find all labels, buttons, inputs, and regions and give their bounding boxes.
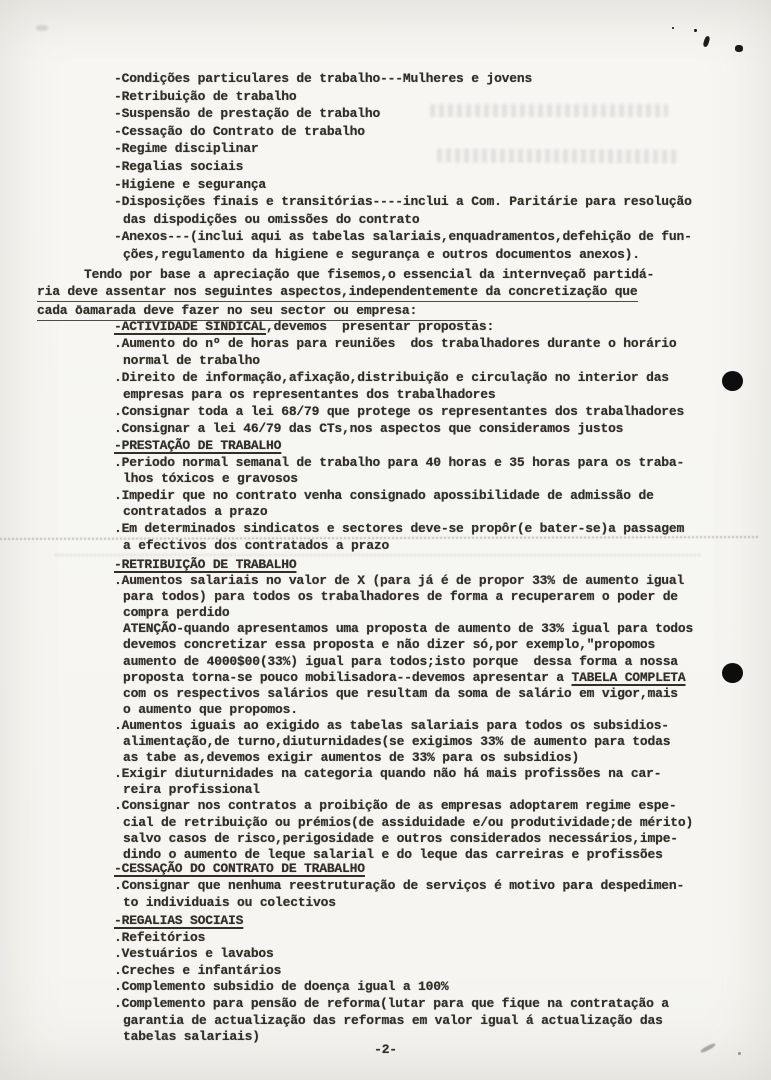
bullet-continuation: garantia de actualização das reformas em… (114, 1013, 669, 1030)
attention-note-line: ATENÇÃO-quando apresentamos uma proposta… (114, 621, 693, 637)
ink-speck (702, 35, 710, 47)
bullet-line: .Consignar a lei 46/79 das CTs,nos aspec… (114, 420, 684, 437)
smear-line (55, 554, 700, 556)
bullet-line: .Em determinados sindicatos e sectores d… (114, 521, 684, 538)
bullet-line: .Complemento para pensão de reforma(luta… (114, 996, 669, 1013)
heading-underlined-text: -RETRIBUIÇÃO DE TRABALHO (114, 557, 296, 572)
ink-speck (694, 29, 697, 32)
bullet-continuation: a efectivos dos contratados a prazo (114, 538, 684, 555)
list-item: -Retribuição de trabalho (114, 88, 692, 106)
bullet-line: .Aumentos salariais no valor de X (para … (114, 573, 693, 589)
heading-underlined-text: -PRESTAÇÃO DE TRABALHO (114, 438, 281, 453)
attention-note-line: com os respectivos salários que resultam… (114, 686, 693, 702)
section-retribuicao-de-trabalho: -RETRIBUIÇÃO DE TRABALHO .Aumentos salar… (114, 557, 693, 863)
bullet-line: .Exigir diuturnidades na categoria quand… (114, 766, 693, 782)
bullet-continuation: para todos) para todos os trabalhadores … (114, 589, 693, 605)
bullet-continuation: lhos tóxicos e gravosos (114, 471, 684, 488)
scanned-document-page: { "top_list": { "lines": [ "-Condições p… (0, 0, 771, 1080)
bullet-line: .Aumento do nº de horas para reuniões do… (114, 335, 684, 352)
bullet-continuation: cial de retribuição ou prémios(de assidu… (114, 815, 693, 831)
bullet-continuation: empresas para os representantes dos trab… (114, 386, 684, 403)
section-actividade-sindical: -ACTIVIDADE SINDICAL,devemos presentar p… (114, 318, 684, 437)
punch-hole-mark (722, 663, 743, 683)
bullet-line: .Aumentos iguais ao exigido as tabelas s… (114, 718, 693, 734)
heading-rest-text: ,devemos presentar propostas: (266, 319, 494, 334)
section-cessacao-do-contrato: -CESSAÇÃO DO CONTRATO DE TRABALHO .Consi… (114, 860, 684, 911)
bullet-continuation: as tabe as,devemos exigir aumentos de 33… (114, 750, 693, 766)
heading-underlined-text: -CESSAÇÃO DO CONTRATO DE TRABALHO (114, 861, 365, 876)
list-item: -Regalias sociais (114, 158, 692, 176)
contract-chapters-list: -Condições particulares de trabalho---Mu… (114, 70, 692, 264)
attention-note-line: aumento de 4000$00(33%) igual para todos… (114, 654, 693, 670)
attention-note-line: proposta torna-se pouco mobilisadora--de… (114, 670, 693, 686)
underlined-emphasis-text: TABELA COMPLETA (571, 670, 685, 685)
section-heading: -REGALIAS SOCIAIS (114, 913, 669, 930)
list-item: -Suspensão de prestação de trabalho (114, 105, 692, 123)
bullet-line: .Creches e infantários (114, 963, 669, 980)
attention-note-line: devemos concretizar essa proposta e não … (114, 637, 693, 653)
heading-underlined-text: -ACTIVIDADE SINDICAL (114, 319, 266, 334)
bullet-line: .Periodo normal semanal de trabalho para… (114, 455, 684, 472)
heading-underlined-text: -REGALIAS SOCIAIS (114, 913, 243, 928)
bullet-continuation: compra perdido (114, 605, 693, 621)
list-item: -Cessação do Contrato de trabalho (114, 123, 692, 141)
ink-speck (672, 27, 674, 29)
page-footer: -2- (0, 1040, 771, 1058)
section-heading: -RETRIBUIÇÃO DE TRABALHO (114, 557, 693, 573)
bullet-line: .Complemento subsidio de doença igual a … (114, 979, 669, 996)
bullet-line: .Consignar nos contratos a proibição de … (114, 798, 693, 814)
list-item: -Anexos---(inclui aqui as tabelas salari… (114, 228, 692, 246)
list-item-continuation: das dispodições ou omissões do contrato (114, 211, 692, 229)
page-number: -2- (374, 1041, 397, 1058)
bullet-continuation: alimentação,de turno,diuturnidades(se ex… (114, 734, 693, 750)
bullet-continuation: to individuais ou colectivos (114, 894, 684, 911)
section-heading: -PRESTAÇÃO DE TRABALHO (114, 438, 684, 455)
list-item-continuation: ções,regulamento da higiene e segurança … (114, 246, 692, 264)
bullet-line: .Direito de informação,afixação,distribu… (114, 369, 684, 386)
bullet-line: .Refeitórios (114, 930, 669, 947)
punch-hole-mark (722, 371, 743, 391)
ink-speck (735, 45, 743, 52)
bullet-continuation: salvo casos de risco,perigosidade e outr… (114, 831, 693, 847)
list-item: -Disposições finais e transitórias----in… (114, 193, 692, 211)
section-prestacao-de-trabalho: -PRESTAÇÃO DE TRABALHO .Periodo normal s… (114, 438, 684, 554)
paragraph-line: Tendo por base a apreciação que fisemos,… (37, 266, 737, 283)
section-heading: -CESSAÇÃO DO CONTRATO DE TRABALHO (114, 860, 684, 877)
underlined-text: ria deve assentar nos seguintes aspectos… (37, 283, 638, 302)
list-item: -Regime disciplinar (114, 140, 692, 158)
list-item: -Condições particulares de trabalho---Mu… (114, 70, 692, 88)
bullet-continuation: reira profissional (114, 782, 693, 798)
bullet-line: .Impedir que no contrato venha consignad… (114, 488, 684, 505)
bullet-continuation: contratados a prazo (114, 504, 684, 521)
bullet-continuation: normal de trabalho (114, 352, 684, 369)
attention-note-line: o aumento que propomos. (114, 702, 693, 718)
section-heading: -ACTIVIDADE SINDICAL,devemos presentar p… (114, 318, 684, 335)
list-item: -Higiene e segurança (114, 176, 692, 194)
paragraph-line-underlined: ria deve assentar nos seguintes aspectos… (37, 283, 737, 302)
bullet-line: .Vestuários e lavabos (114, 946, 669, 963)
bullet-line: .Consignar que nenhuma reestruturação de… (114, 877, 684, 894)
section-regalias-sociais: -REGALIAS SOCIAIS .Refeitórios .Vestuári… (114, 913, 669, 1046)
bullet-line: .Consignar toda a lei 68/79 que protege … (114, 403, 684, 420)
line-text: proposta torna-se pouco mobilisadora--de… (123, 670, 571, 685)
intro-paragraph: Tendo por base a apreciação que fisemos,… (37, 266, 737, 321)
smudge-mark (36, 25, 48, 31)
